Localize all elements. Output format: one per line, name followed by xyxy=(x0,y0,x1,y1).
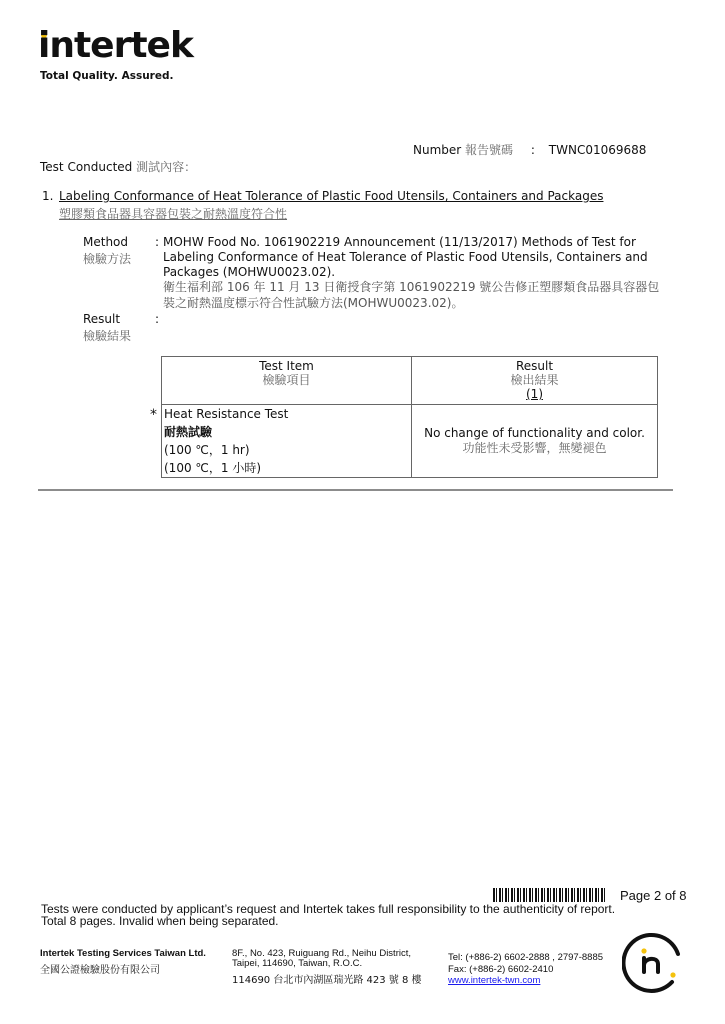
header-sample-number: (1) xyxy=(413,387,656,401)
page-number: Page 2 of 8 xyxy=(620,888,687,903)
result-value: No change of functionality and color. xyxy=(413,426,656,441)
header-result: Result 檢出結果 (1) xyxy=(412,357,658,405)
test-condition-zh: (100 ℃，1 小時) xyxy=(164,459,409,477)
disclaimer: Tests were conducted by applicant’s requ… xyxy=(41,903,615,927)
disclaimer-line-2: Total 8 pages. Invalid when being separa… xyxy=(41,915,615,927)
report-number-label: Number xyxy=(413,143,461,157)
asterisk-marker: * xyxy=(150,407,157,423)
test-item-name-zh: 耐熱試驗 xyxy=(164,423,409,441)
header-result-label: Result xyxy=(413,359,656,373)
result-value-zh: 功能性未受影響，無變褪色 xyxy=(413,441,656,456)
results-table: Test Item 檢驗項目 Result 檢出結果 (1) Heat Resi… xyxy=(161,356,658,478)
test-condition: (100 ℃，1 hr) xyxy=(164,441,409,459)
company-address: 8F., No. 423, Ruiguang Rd., Neihu Distri… xyxy=(232,949,411,969)
company-name-zh: 全國公證檢驗股份有限公司 xyxy=(40,961,160,976)
table-header-row: Test Item 檢驗項目 Result 檢出結果 (1) xyxy=(162,357,658,405)
header-test-item: Test Item 檢驗項目 xyxy=(162,357,412,405)
test-item-name: Heat Resistance Test xyxy=(164,405,409,423)
method-text: MOHW Food No. 1061902219 Announcement (1… xyxy=(163,235,663,280)
section-number: 1. xyxy=(42,189,53,203)
company-name: Intertek Testing Services Taiwan Ltd. xyxy=(40,948,206,959)
section-title-zh: 塑膠類食品器具容器包裝之耐熱溫度符合性 xyxy=(59,205,287,222)
result-label-zh: 檢驗結果 xyxy=(83,327,131,344)
method-label-zh: 檢驗方法 xyxy=(83,250,131,267)
test-conducted-label: Test Conducted xyxy=(40,160,132,174)
section-divider xyxy=(38,489,673,491)
telephone: Tel: (+886-2) 6602-2888 , 2797-8885 xyxy=(448,952,603,964)
result-label: Result xyxy=(83,312,120,326)
report-number-label-zh: 報告號碼 xyxy=(465,143,513,157)
report-number-value: TWNC01069688 xyxy=(549,143,647,157)
header-test-item-label: Test Item xyxy=(163,359,410,373)
intertek-logo: intertek xyxy=(38,28,193,64)
company-address-zh: 114690 台北市內湖區瑞光路 423 號 8 樓 xyxy=(232,971,422,986)
colon: : xyxy=(531,143,535,157)
website-link[interactable]: www.intertek-twn.com xyxy=(448,975,540,986)
logo-tagline: Total Quality. Assured. xyxy=(40,70,173,82)
method-label: Method xyxy=(83,235,128,249)
result-cell: No change of functionality and color. 功能… xyxy=(412,405,658,478)
table-row: Heat Resistance Test 耐熱試驗 (100 ℃，1 hr) (… xyxy=(162,405,658,478)
report-number: Number 報告號碼 : TWNC01069688 xyxy=(413,141,646,158)
test-item-cell: Heat Resistance Test 耐熱試驗 (100 ℃，1 hr) (… xyxy=(162,405,412,478)
test-conducted-label-zh: 測試內容： xyxy=(136,160,196,174)
method-text-zh: 衛生福利部 106 年 11 月 13 日衛授食字第 1061902219 號公… xyxy=(163,279,663,311)
barcode xyxy=(493,888,606,902)
address-line-2: Taipei, 114690, Taiwan, R.O.C. xyxy=(232,959,411,969)
fax: Fax: (+886-2) 6602-2410 xyxy=(448,964,603,976)
intertek-in-badge-icon xyxy=(622,932,684,994)
header-result-label-zh: 檢出結果 xyxy=(413,373,656,387)
method-colon: : xyxy=(155,235,159,249)
contact-info: Tel: (+886-2) 6602-2888 , 2797-8885 Fax:… xyxy=(448,952,603,987)
test-conducted-heading: Test Conducted 測試內容： xyxy=(40,158,196,175)
section-title: Labeling Conformance of Heat Tolerance o… xyxy=(59,189,603,203)
result-colon: : xyxy=(155,312,159,326)
header-test-item-label-zh: 檢驗項目 xyxy=(163,373,410,387)
